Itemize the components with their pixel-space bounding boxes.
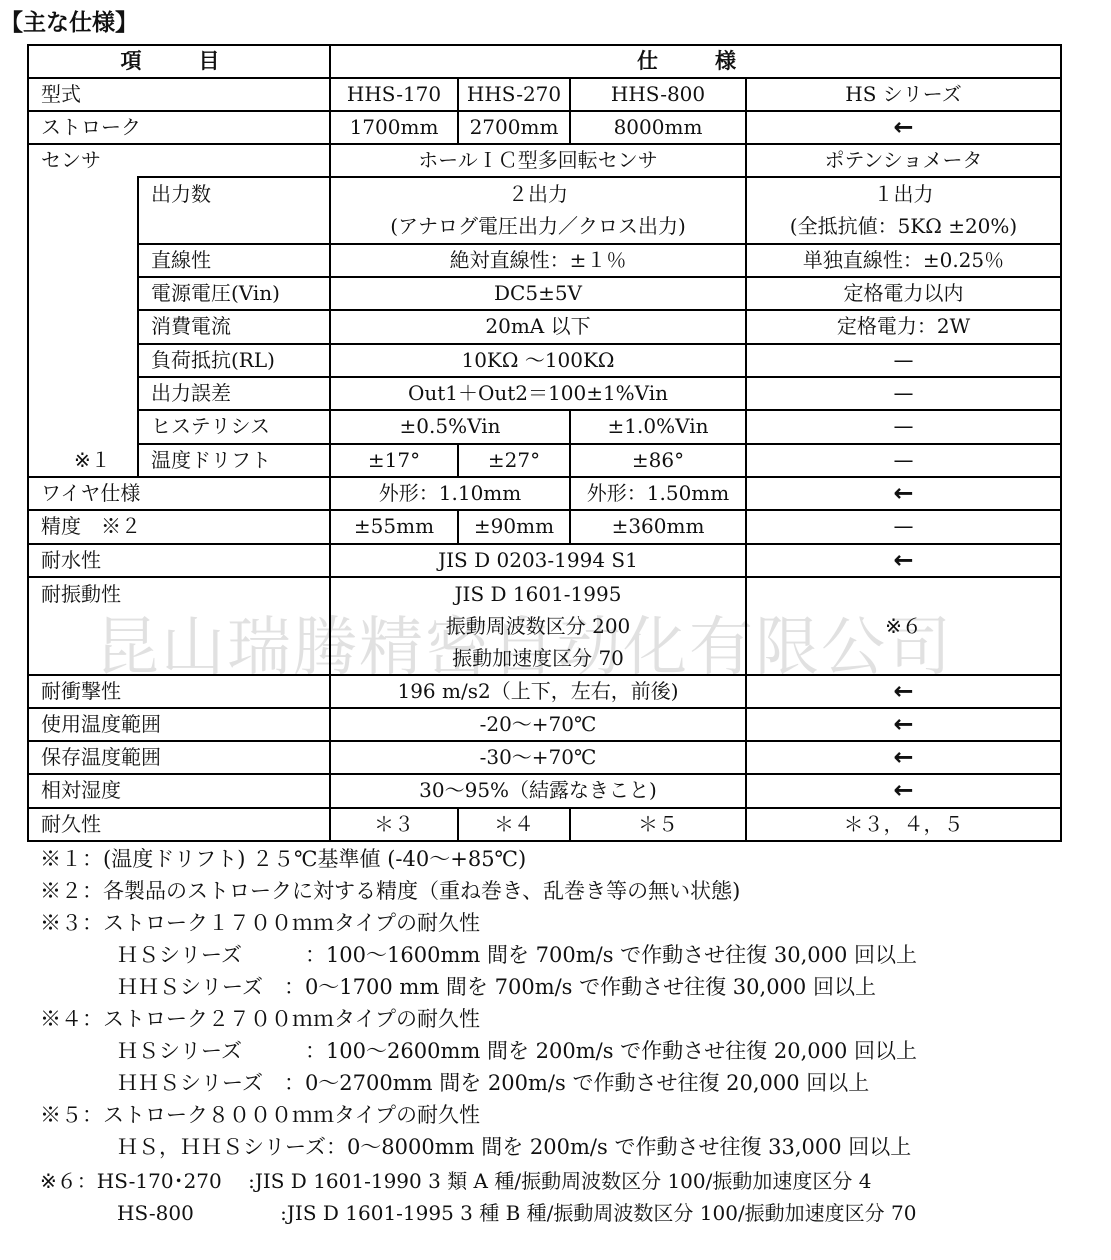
label-load-resistance: 負荷抵抗(RL) xyxy=(139,344,275,377)
vibration-hs: ※６ xyxy=(747,610,1060,643)
same-as-left-arrow-icon: ← xyxy=(747,708,1060,741)
note-ref-1: ※１ xyxy=(74,444,111,477)
table-border xyxy=(1060,44,1062,842)
model-hhs170: HHS-170 xyxy=(331,78,457,111)
model-hhs800: HHS-800 xyxy=(571,78,745,111)
label-sensor: センサ xyxy=(29,144,101,177)
same-as-left-arrow-icon: ← xyxy=(747,544,1060,577)
same-as-left-arrow-icon: ← xyxy=(747,741,1060,774)
durability-hhs800: ＊５ xyxy=(571,808,745,841)
shock-hhs: 196 m/s2（上下，左右，前後) xyxy=(331,675,745,708)
stroke-hhs270: 2700mm xyxy=(459,111,569,144)
label-linearity: 直線性 xyxy=(139,244,211,277)
humidity-hhs: 30〜95%（結露なきこと) xyxy=(331,774,745,807)
durability-hs: ＊３，４，５ xyxy=(747,808,1060,841)
label-operating-temp: 使用温度範囲 xyxy=(29,708,161,741)
accuracy-hhs170: ±55mm xyxy=(331,510,457,543)
linearity-hs: 単独直線性：±0.25％ xyxy=(747,244,1060,277)
not-applicable-dash-icon: — xyxy=(747,410,1060,443)
stroke-hhs800: 8000mm xyxy=(571,111,745,144)
same-as-left-arrow-icon: ← xyxy=(747,675,1060,708)
not-applicable-dash-icon: — xyxy=(747,444,1060,477)
outputs-hs-line1: １出力 xyxy=(747,178,1060,211)
label-vibration: 耐振動性 xyxy=(29,578,121,611)
durability-hhs170: ＊３ xyxy=(331,808,457,841)
vibration-hhs-line1: JIS D 1601-1995 xyxy=(331,578,745,611)
footnote-6-hs800: HS-800 :JIS D 1601-1995 3 種 B 種/振動周波数区分 … xyxy=(117,1197,917,1229)
label-temp-drift: 温度ドリフト xyxy=(139,444,271,477)
not-applicable-dash-icon: — xyxy=(747,510,1060,543)
label-model: 型式 xyxy=(29,78,81,111)
operating-temp-hhs: -20〜+70℃ xyxy=(331,708,745,741)
footnote-4: ※４：ストローク２７００ｍｍタイプの耐久性 xyxy=(40,1003,480,1035)
label-water: 耐水性 xyxy=(29,544,101,577)
linearity-hhs: 絶対直線性：±１％ xyxy=(331,244,745,277)
footnote-3-hs: ＨＳシリーズ ：100〜1600mm 間を 700m/s で作動させ往復 30,… xyxy=(117,939,917,971)
label-supply-voltage: 電源電圧(Vin) xyxy=(139,277,280,310)
header-item: 項 目 xyxy=(29,45,329,78)
label-hysteresis: ヒステリシス xyxy=(139,410,270,443)
wire-hhs170-270: 外形：1.10mm xyxy=(331,477,569,510)
footnote-4-hs: ＨＳシリーズ ：100〜2600mm 間を 200m/s で作動させ往復 20,… xyxy=(117,1035,917,1067)
output-error-hhs: Out1＋Out2＝100±1%Vin xyxy=(331,377,745,410)
footnote-3-hhs: ＨＨＳシリーズ ：0〜1700 mm 間を 700m/s で作動させ往復 30,… xyxy=(117,971,876,1003)
temp-drift-hhs270: ±27° xyxy=(459,444,569,477)
wire-hhs800: 外形：1.50mm xyxy=(571,477,745,510)
label-output-error: 出力誤差 xyxy=(139,377,231,410)
footnote-2: ※２：各製品のストロークに対する精度（重ね巻き、乱巻き等の無い状態) xyxy=(40,875,740,907)
accuracy-hhs800: ±360mm xyxy=(571,510,745,543)
current-hs: 定格電力：2W xyxy=(747,310,1060,343)
stroke-hhs170: 1700mm xyxy=(331,111,457,144)
label-wire: ワイヤ仕様 xyxy=(29,477,140,510)
load-resistance-hhs: 10KΩ 〜100KΩ xyxy=(331,344,745,377)
current-hhs: 20mA 以下 xyxy=(331,310,745,343)
supply-voltage-hhs: DC5±5V xyxy=(331,277,745,310)
sensor-hhs: ホールＩＣ型多回転センサ xyxy=(331,144,745,177)
footnote-5: ※５：ストローク８０００ｍｍタイプの耐久性 xyxy=(40,1099,480,1131)
accuracy-hhs270: ±90mm xyxy=(459,510,569,543)
model-hhs270: HHS-270 xyxy=(459,78,569,111)
label-durability: 耐久性 xyxy=(29,808,101,841)
storage-temp-hhs: -30〜+70℃ xyxy=(331,741,745,774)
footnote-3: ※３：ストローク１７００ｍｍタイプの耐久性 xyxy=(40,907,480,939)
label-humidity: 相対湿度 xyxy=(29,774,121,807)
header-spec: 仕 様 xyxy=(331,45,1060,78)
vibration-hhs-line3: 振動加速度区分 70 xyxy=(331,642,745,675)
footnote-6: ※６：HS-170･270 :JIS D 1601-1990 3 類 A 種/振… xyxy=(40,1165,871,1197)
sensor-hs: ポテンショメータ xyxy=(747,144,1060,177)
model-hs-series: HS シリーズ xyxy=(747,78,1060,111)
supply-voltage-hs: 定格電力以内 xyxy=(747,277,1060,310)
hysteresis-hhs800: ±1.0%Vin xyxy=(571,410,745,443)
label-storage-temp: 保存温度範囲 xyxy=(29,741,161,774)
footnote-4-hhs: ＨＨＳシリーズ ：0〜2700mm 間を 200m/s で作動させ往復 20,0… xyxy=(117,1067,869,1099)
vibration-hhs-line2: 振動周波数区分 200 xyxy=(331,610,745,643)
temp-drift-hhs170: ±17° xyxy=(331,444,457,477)
same-as-left-arrow-icon: ← xyxy=(747,111,1060,144)
footnote-1: ※１：(温度ドリフト) ２５℃基準値 (-40〜+85℃) xyxy=(40,843,526,875)
footnote-5-all: ＨＳ，ＨＨＳシリーズ：0〜8000mm 間を 200m/s で作動させ往復 33… xyxy=(117,1131,911,1163)
label-shock: 耐衝撃性 xyxy=(29,675,121,708)
hysteresis-hhs170-270: ±0.5%Vin xyxy=(331,410,569,443)
not-applicable-dash-icon: — xyxy=(747,377,1060,410)
outputs-hhs-line2: (アナログ電圧出力／クロス出力) xyxy=(331,210,745,243)
label-outputs: 出力数 xyxy=(139,178,211,211)
water-hhs: JIS D 0203-1994 S1 xyxy=(331,544,745,577)
outputs-hs-line2: (全抵抗値：5KΩ ±20%) xyxy=(747,210,1060,243)
same-as-left-arrow-icon: ← xyxy=(747,477,1060,510)
label-accuracy: 精度 ※２ xyxy=(29,510,141,543)
same-as-left-arrow-icon: ← xyxy=(747,774,1060,807)
outputs-hhs-line1: ２出力 xyxy=(331,178,745,211)
label-stroke: ストローク xyxy=(29,111,141,144)
page-title: 【主な仕様】 xyxy=(0,4,138,37)
label-current: 消費電流 xyxy=(139,310,231,343)
durability-hhs270: ＊４ xyxy=(459,808,569,841)
not-applicable-dash-icon: — xyxy=(747,344,1060,377)
temp-drift-hhs800: ±86° xyxy=(571,444,745,477)
